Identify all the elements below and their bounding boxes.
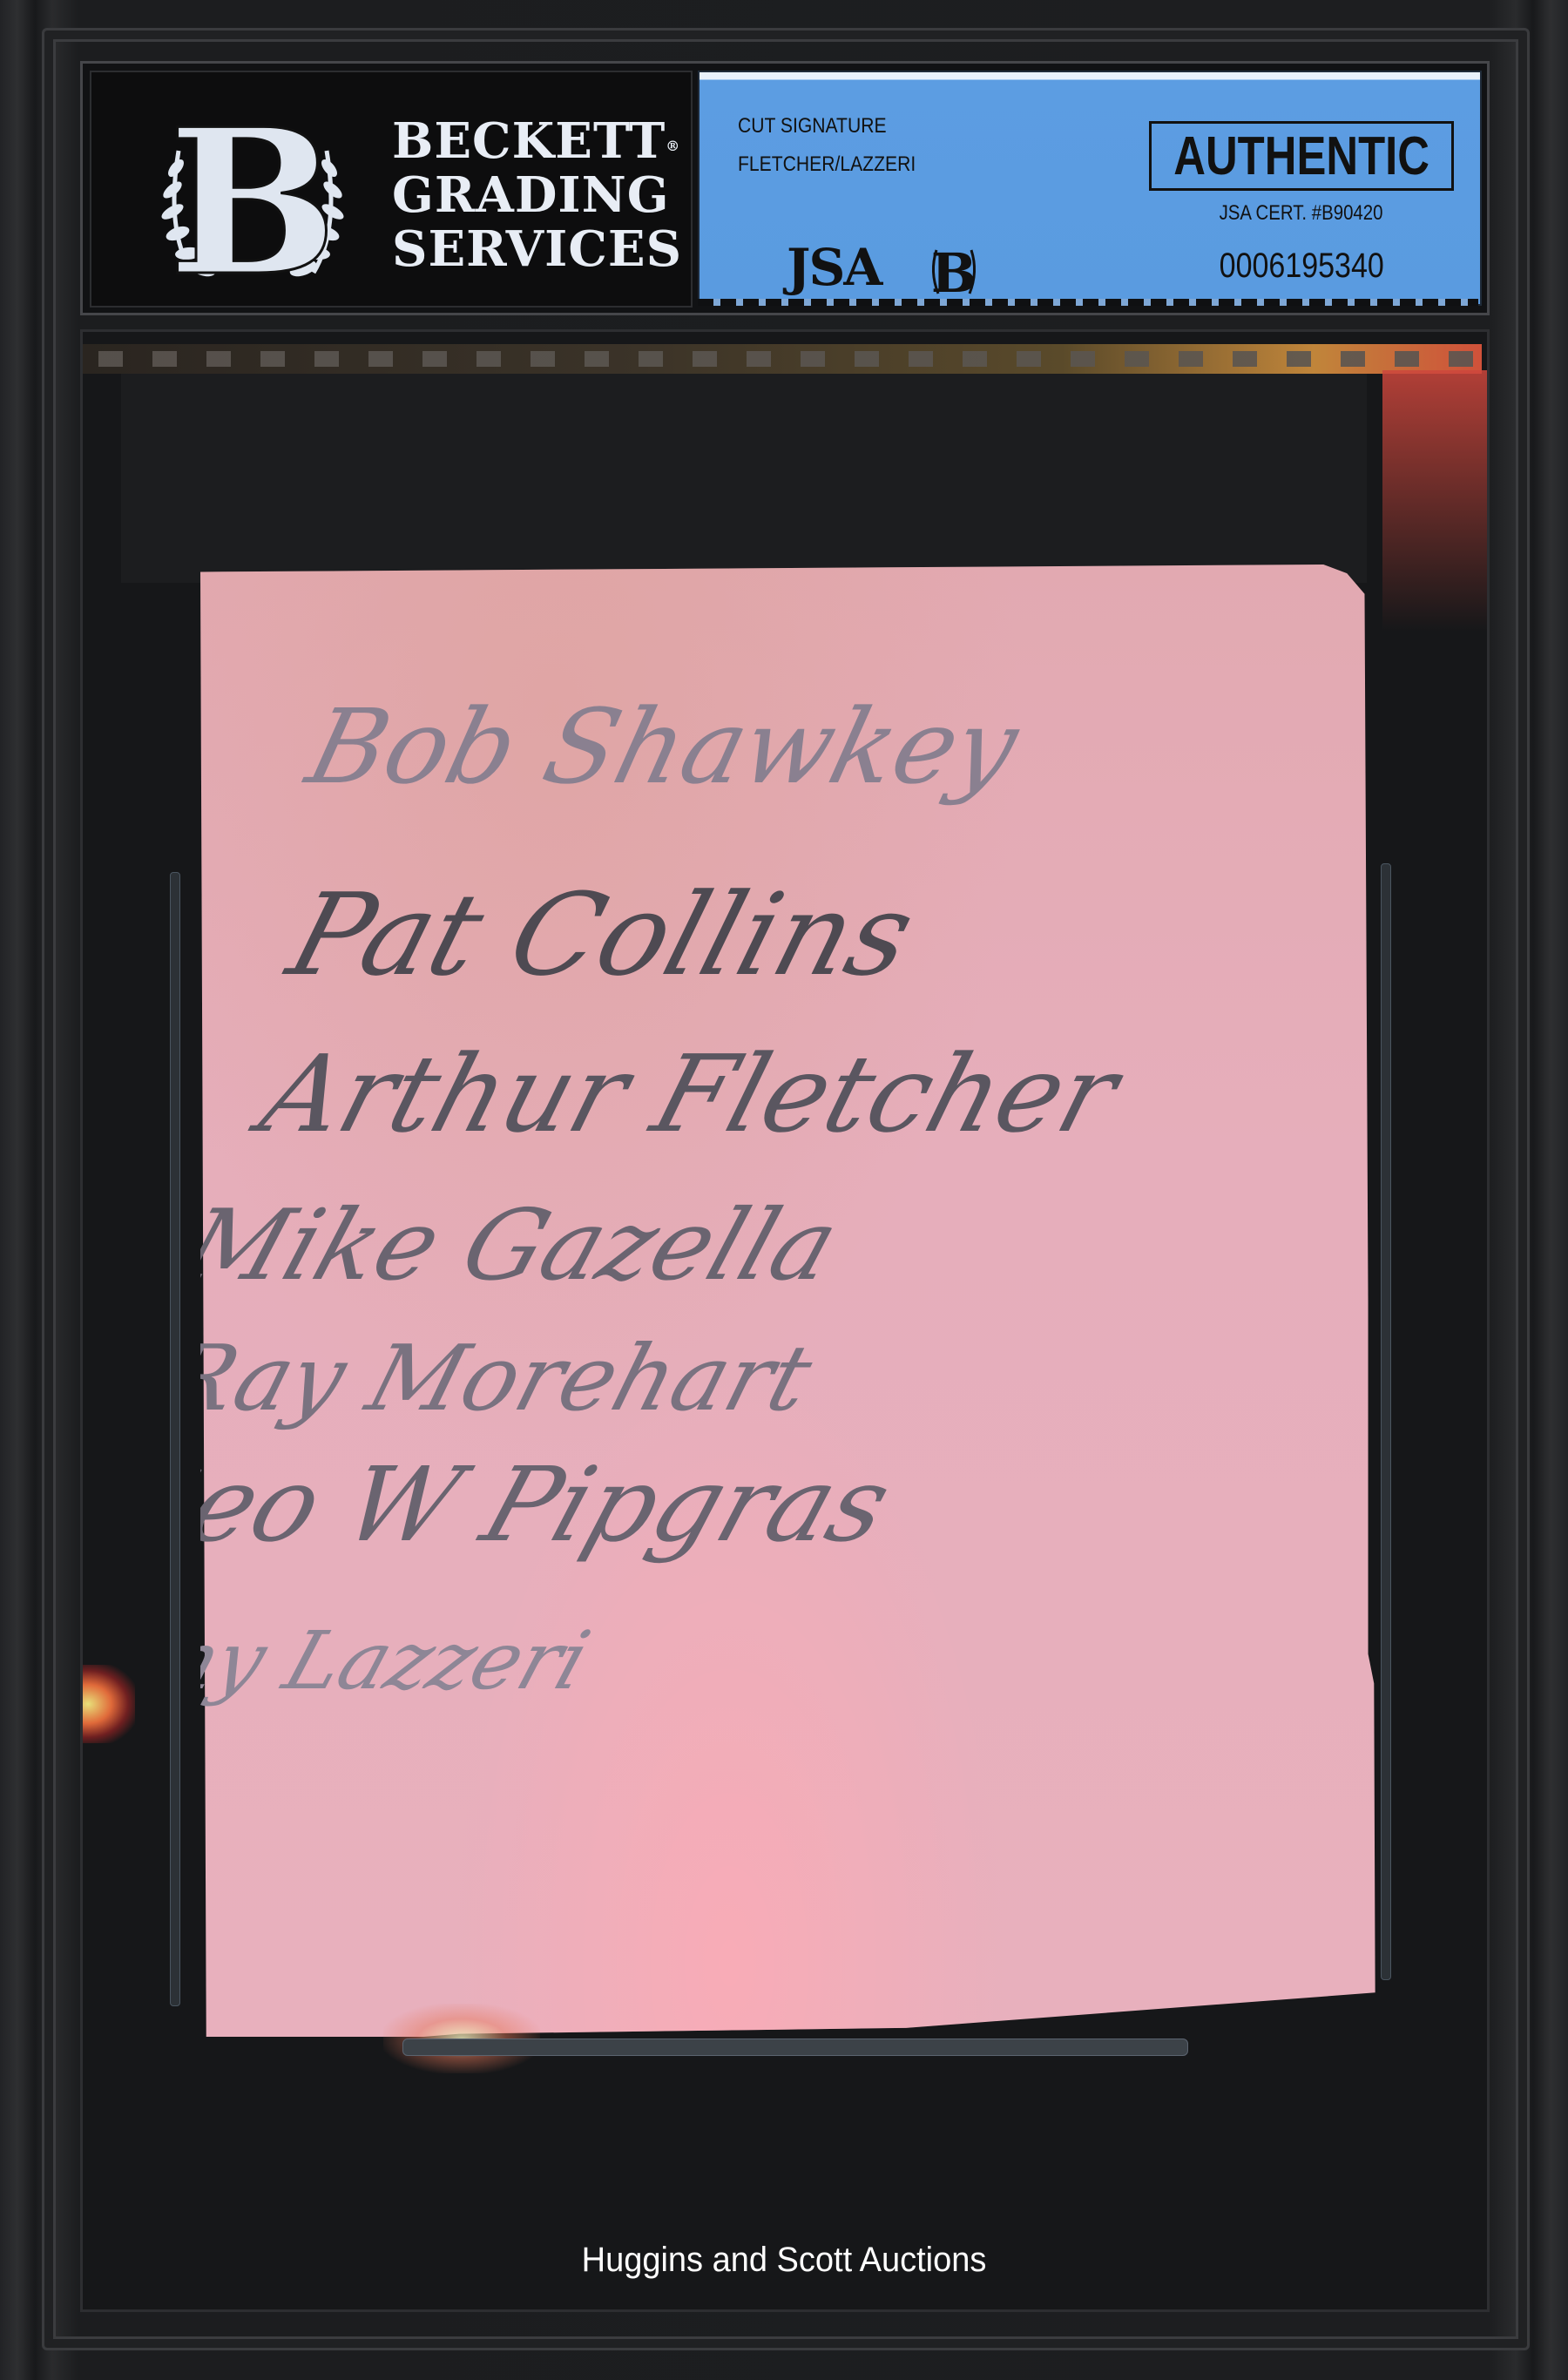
signature-5: Ray Morehart (200, 1327, 823, 1432)
bottom-rail (402, 2039, 1188, 2056)
slab-label: B BECKETT® GRADING SERVICES CUT SIGNATUR… (80, 61, 1490, 315)
registered-mark: ® (666, 138, 680, 154)
authentic-badge: AUTHENTIC (1149, 121, 1454, 191)
insert-shadow (121, 374, 1367, 583)
brand-line-3: SERVICES (392, 222, 682, 276)
subject-names: FLETCHER/LAZZERI (738, 152, 916, 177)
signature-4: Mike Gazella (200, 1189, 851, 1303)
serial-number: 0006195340 (1149, 247, 1454, 286)
signature-2: Pat Collins (274, 869, 928, 1001)
signatures-area: Bob Shawkey Pat Collins Arthur Fletcher … (200, 565, 1376, 1784)
signature-1: Bob Shawkey (295, 688, 1031, 808)
beckett-laurel-logo-icon: B (157, 98, 348, 286)
cert-number: JSA CERT. #B90420 (1149, 201, 1454, 226)
signature-7: Tony Lazzeri (200, 1614, 600, 1707)
glare-left (83, 1665, 135, 1743)
signature-6: Geo W Pipgras (200, 1445, 904, 1565)
jsa-logo: JSA (787, 238, 881, 297)
right-rail (1381, 863, 1391, 1980)
beckett-mini-logo-icon: B (928, 241, 980, 299)
insert-strip (83, 344, 1482, 374)
brand-line-2: GRADING (392, 168, 682, 222)
svg-text:B: B (931, 241, 977, 299)
certification-panel: CUT SIGNATURE FLETCHER/LAZZERI JSA B AUT… (698, 71, 1482, 306)
item-type: CUT SIGNATURE (738, 114, 887, 139)
auction-watermark: Huggins and Scott Auctions (39, 2241, 1529, 2280)
signature-3: Arthur Fletcher (240, 1032, 1136, 1156)
glare-top-right (1382, 370, 1487, 632)
brand-line-1: BECKETT (392, 112, 666, 170)
left-rail (170, 872, 180, 2006)
label-perforation (698, 299, 1478, 306)
beckett-brand-panel: B BECKETT® GRADING SERVICES (90, 71, 693, 308)
brand-name: BECKETT® GRADING SERVICES (392, 114, 682, 276)
svg-text:B: B (168, 98, 337, 286)
